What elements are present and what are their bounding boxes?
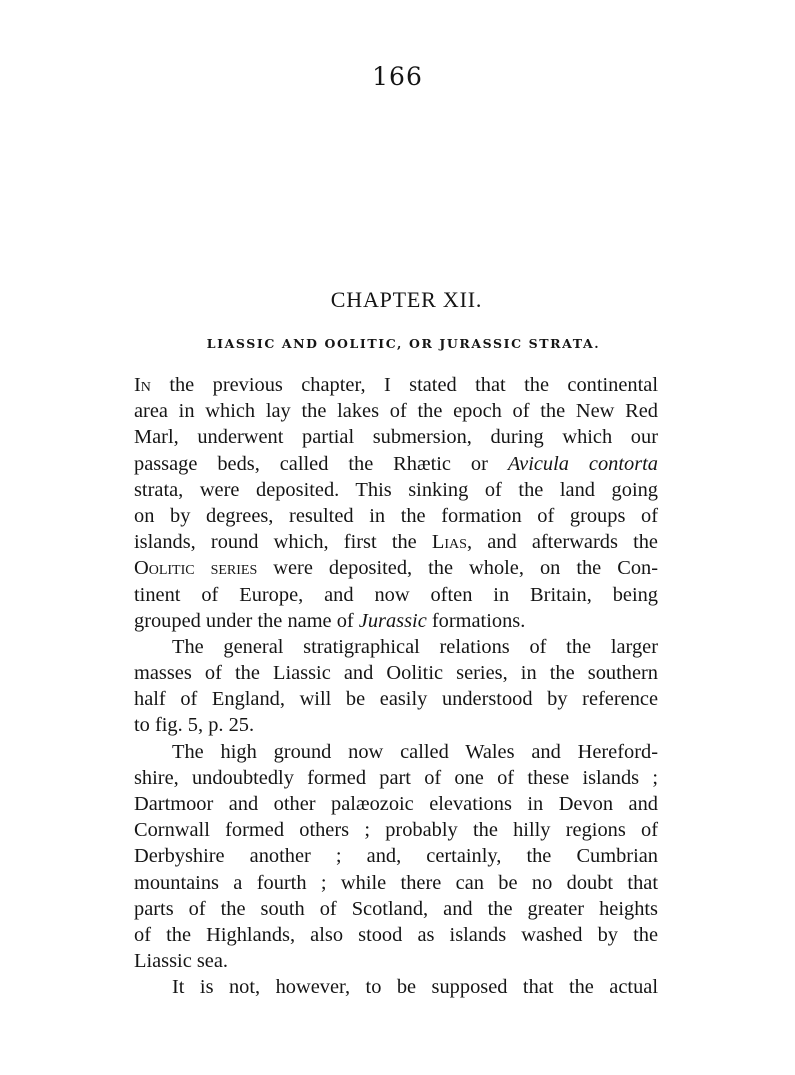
text-line: half of England, will be easily understo… bbox=[134, 686, 658, 712]
text-run: Marl, underwent partial submersion, duri… bbox=[134, 426, 658, 448]
text-run: parts of the south of Scotland, and the … bbox=[134, 898, 658, 920]
text-line: masses of the Liassic and Oolitic series… bbox=[134, 660, 658, 686]
text-line: strata, were deposited. This sinking of … bbox=[134, 477, 658, 503]
text-line: Cornwall formed others ; probably the hi… bbox=[134, 817, 658, 843]
text-line: Derbyshire another ; and, certainly, the… bbox=[134, 843, 658, 869]
chapter-subtitle: LIASSIC AND OOLITIC, OR JURASSIC STRATA. bbox=[0, 336, 795, 351]
small-caps-text: Oolitic series bbox=[134, 557, 257, 579]
text-line: It is not, however, to be supposed that … bbox=[134, 974, 658, 1000]
text-run: masses of the Liassic and Oolitic series… bbox=[134, 662, 658, 684]
text-line: of the Highlands, also stood as islands … bbox=[134, 922, 658, 948]
text-line: The general stratigraphical relations of… bbox=[134, 634, 658, 660]
text-line: grouped under the name of Jurassic forma… bbox=[134, 608, 658, 634]
text-run: Liassic sea. bbox=[134, 950, 228, 972]
body-text: In the previous chapter, I stated that t… bbox=[134, 372, 658, 1001]
text-run: passage beds, called the Rhætic or bbox=[134, 453, 508, 475]
text-run: Dartmoor and other palæozoic elevations … bbox=[134, 793, 658, 815]
text-run: The general stratigraphical relations of… bbox=[172, 636, 658, 658]
text-run: were deposited, the whole, on the Con- bbox=[257, 557, 658, 579]
text-run: of the Highlands, also stood as islands … bbox=[134, 924, 658, 946]
text-line: The high ground now called Wales and Her… bbox=[134, 739, 658, 765]
text-run: formations. bbox=[427, 610, 526, 632]
text-run: to fig. 5, p. 25. bbox=[134, 714, 254, 736]
text-run: the previous chapter, I stated that the … bbox=[151, 374, 658, 396]
page-number: 166 bbox=[0, 62, 795, 91]
text-run: tinent of Europe, and now often in Brita… bbox=[134, 584, 658, 606]
text-run: Cornwall formed others ; probably the hi… bbox=[134, 819, 658, 841]
text-run: area in which lay the lakes of the epoch… bbox=[134, 400, 658, 422]
text-line: tinent of Europe, and now often in Brita… bbox=[134, 582, 658, 608]
text-line: Dartmoor and other palæozoic elevations … bbox=[134, 791, 658, 817]
text-line: shire, undoubtedly formed part of one of… bbox=[134, 765, 658, 791]
text-run: on by degrees, resulted in the formation… bbox=[134, 505, 658, 527]
text-line: passage beds, called the Rhætic or Avicu… bbox=[134, 451, 658, 477]
text-run: shire, undoubtedly formed part of one of… bbox=[134, 767, 658, 789]
text-run: The high ground now called Wales and Her… bbox=[172, 741, 658, 763]
text-run: Derbyshire another ; and, certainly, the… bbox=[134, 845, 658, 867]
chapter-title: CHAPTER XII. bbox=[0, 287, 795, 313]
italic-text: Jurassic bbox=[359, 610, 427, 632]
text-line: In the previous chapter, I stated that t… bbox=[134, 372, 658, 398]
text-line: parts of the south of Scotland, and the … bbox=[134, 896, 658, 922]
text-line: mountains a fourth ; while there can be … bbox=[134, 870, 658, 896]
text-line: to fig. 5, p. 25. bbox=[134, 712, 658, 738]
small-caps-text: Lias bbox=[432, 531, 467, 553]
text-run: , and afterwards the bbox=[467, 531, 658, 553]
text-line: on by degrees, resulted in the formation… bbox=[134, 503, 658, 529]
text-run: strata, were deposited. This sinking of … bbox=[134, 479, 658, 501]
text-line: Liassic sea. bbox=[134, 948, 658, 974]
text-run: islands, round which, first the bbox=[134, 531, 432, 553]
italic-text: Avicula contorta bbox=[508, 453, 658, 475]
text-line: islands, round which, first the Lias, an… bbox=[134, 529, 658, 555]
text-line: Oolitic series were deposited, the whole… bbox=[134, 555, 658, 581]
text-run: It is not, however, to be supposed that … bbox=[172, 976, 658, 998]
text-run: mountains a fourth ; while there can be … bbox=[134, 872, 658, 894]
small-caps-text: In bbox=[134, 374, 151, 396]
text-line: Marl, underwent partial submersion, duri… bbox=[134, 424, 658, 450]
text-run: grouped under the name of bbox=[134, 610, 359, 632]
text-run: half of England, will be easily understo… bbox=[134, 688, 658, 710]
text-line: area in which lay the lakes of the epoch… bbox=[134, 398, 658, 424]
